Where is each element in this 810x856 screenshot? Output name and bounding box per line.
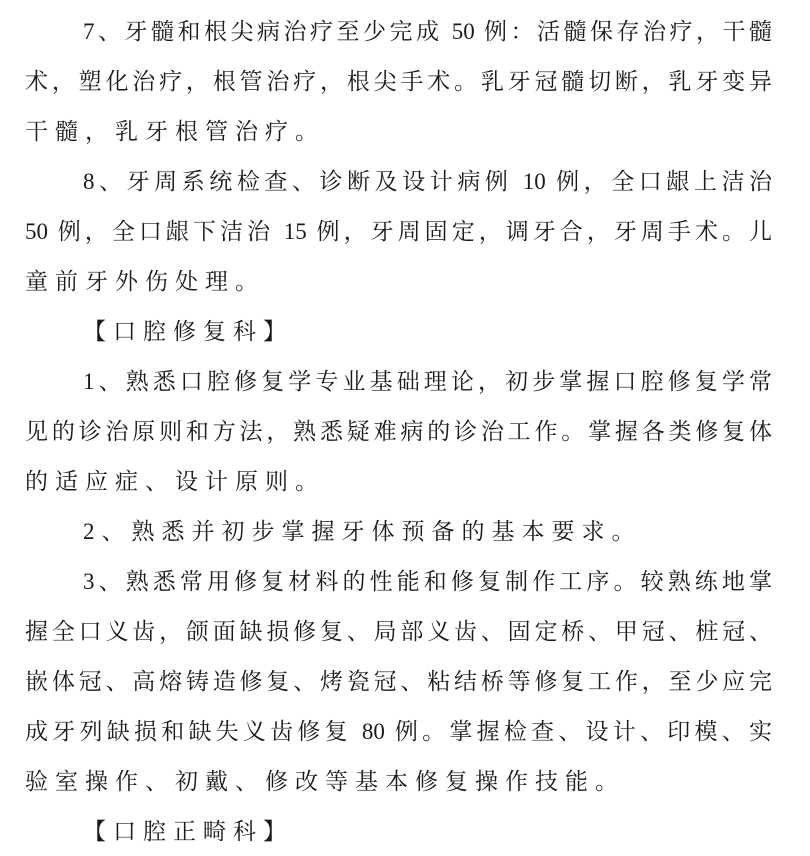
document-line: 成牙列缺损和缺失义齿修复 80 例。掌握检查、设计、印模、实 — [25, 707, 772, 757]
document-line: 2、熟悉并初步掌握牙体预备的基本要求。 — [25, 507, 772, 557]
document-line: 童前牙外伤处理。 — [25, 257, 772, 307]
document-line: 7、牙髓和根尖病治疗至少完成 50 例：活髓保存治疗，干髓 — [25, 7, 772, 57]
document-line: 术，塑化治疗，根管治疗，根尖手术。乳牙冠髓切断，乳牙变异 — [25, 57, 772, 107]
section-heading-prosthodontics: 【口腔修复科】 — [25, 307, 772, 357]
document-line: 的适应症、设计原则。 — [25, 457, 772, 507]
document-line: 3、熟悉常用修复材料的性能和修复制作工序。较熟练地掌 — [25, 557, 772, 607]
document-line: 验室操作、初戴、修改等基本修复操作技能。 — [25, 757, 772, 807]
document-line: 干髓，乳牙根管治疗。 — [25, 107, 772, 157]
document-line: 8、牙周系统检查、诊断及设计病例 10 例，全口龈上洁治 — [25, 157, 772, 207]
document-line: 握全口义齿，颌面缺损修复、局部义齿、固定桥、甲冠、桩冠、 — [25, 607, 772, 657]
document-page: 7、牙髓和根尖病治疗至少完成 50 例：活髓保存治疗，干髓 术，塑化治疗，根管治… — [0, 0, 810, 856]
document-line: 1、熟悉口腔修复学专业基础理论，初步掌握口腔修复学常 — [25, 357, 772, 407]
document-line: 见的诊治原则和方法，熟悉疑难病的诊治工作。掌握各类修复体 — [25, 407, 772, 457]
section-heading-orthodontics: 【口腔正畸科】 — [25, 807, 772, 856]
document-line: 嵌体冠、高熔铸造修复、烤瓷冠、粘结桥等修复工作，至少应完 — [25, 657, 772, 707]
document-line: 50 例，全口龈下洁治 15 例，牙周固定，调牙合，牙周手术。儿 — [25, 207, 772, 257]
